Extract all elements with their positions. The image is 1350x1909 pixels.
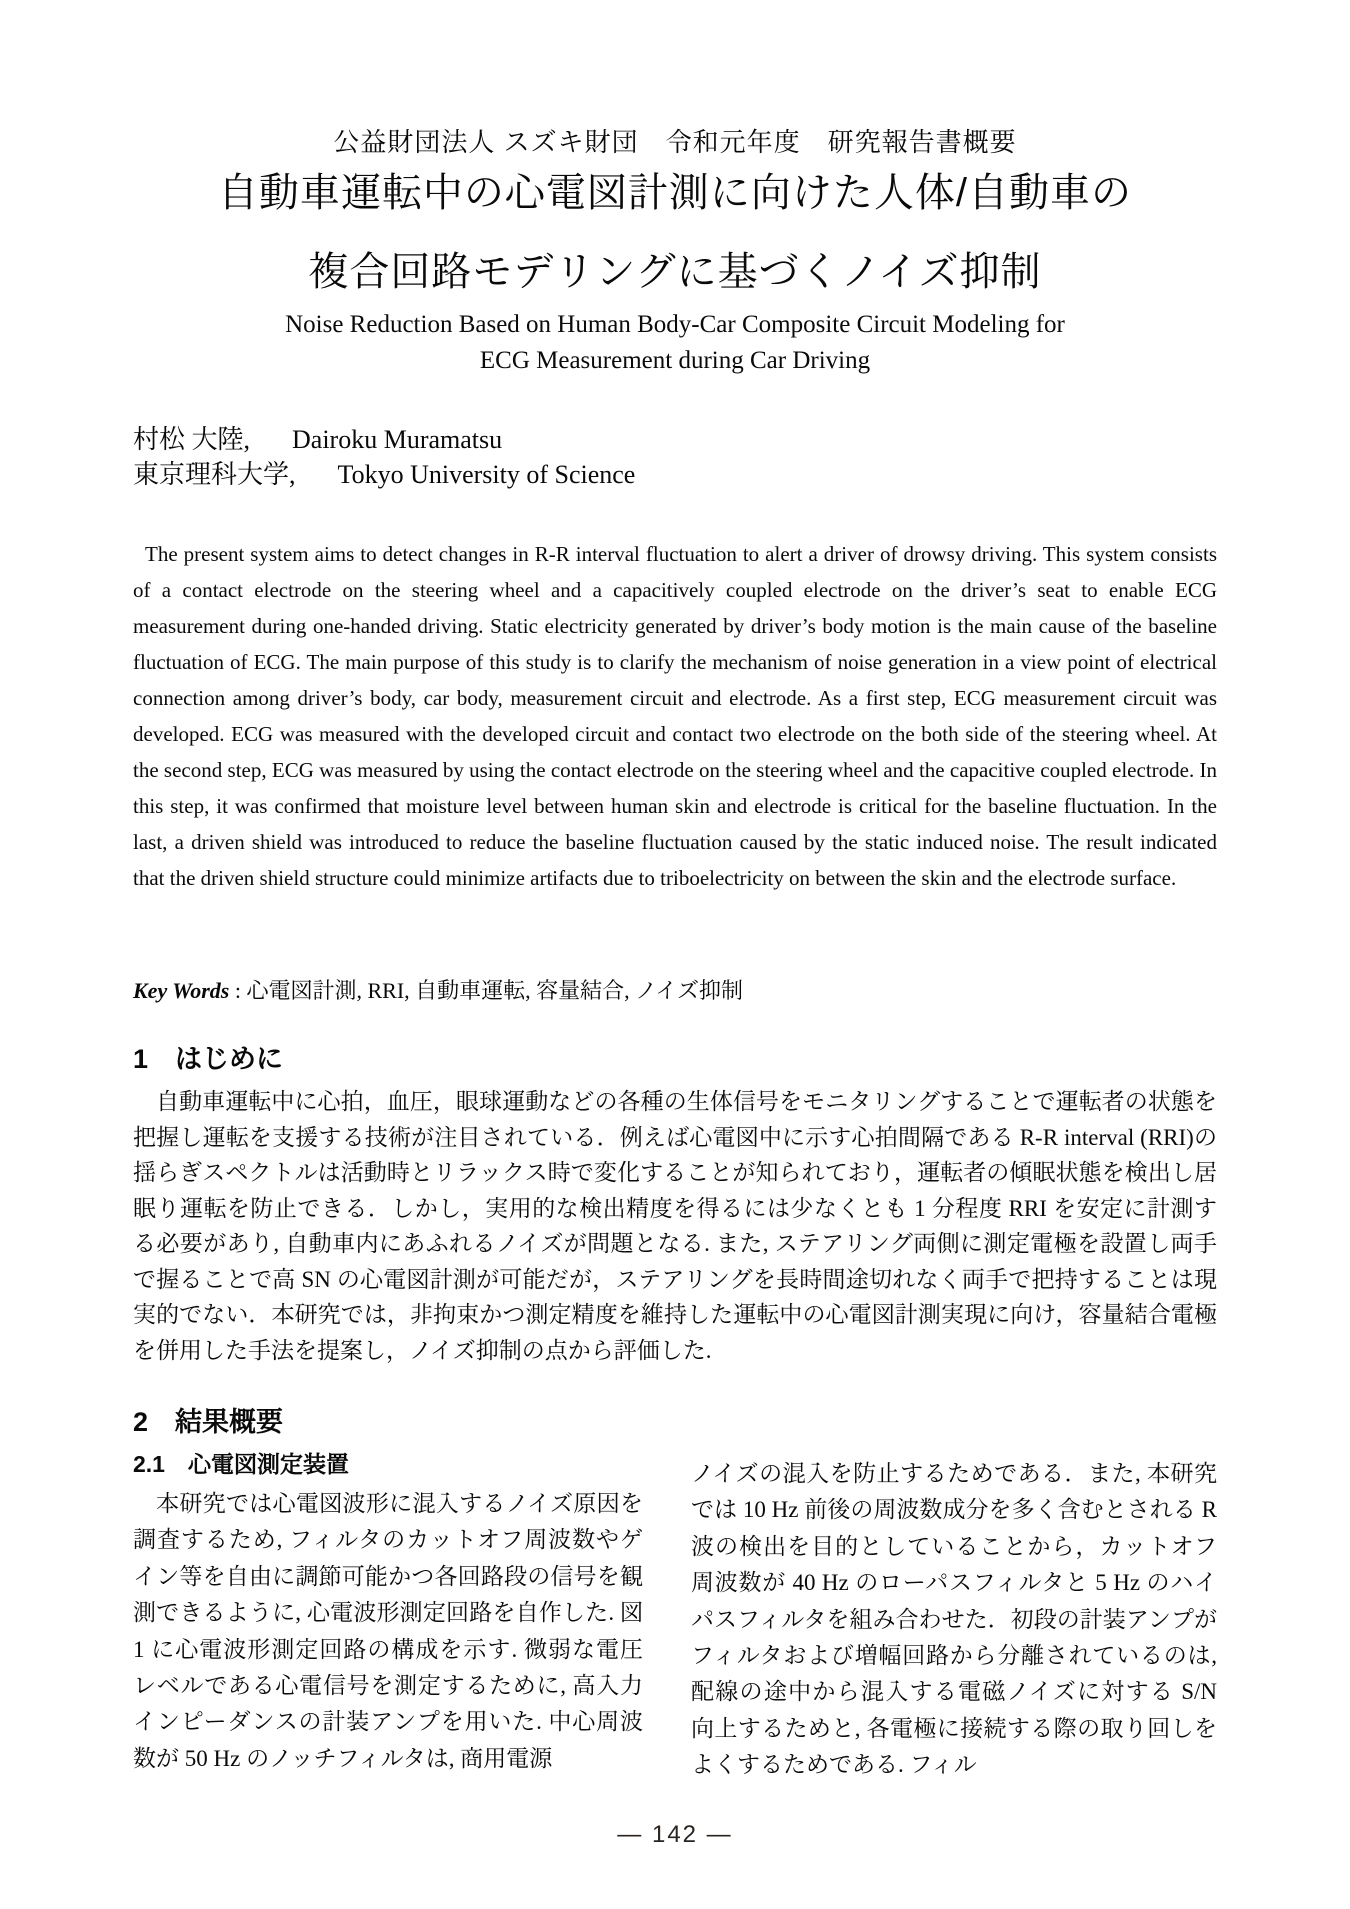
abstract-paragraph: The present system aims to detect change… (133, 536, 1217, 896)
authors-block: 村松 大陸,Dairoku Muramatsu 東京理科大学,Tokyo Uni… (133, 422, 1217, 492)
left-column-paragraph: 本研究では心電図波形に混入するノイズ原因を調査するため, フィルタのカットオフ周… (133, 1486, 643, 1777)
two-column-layout: 2 結果概要 2.1 心電図測定装置 本研究では心電図波形に混入するノイズ原因を… (133, 1404, 1217, 1784)
right-column-paragraph: ノイズの混入を防止するためである．また, 本研究では 10 Hz 前後の周波数成… (691, 1456, 1217, 1784)
left-column: 2 結果概要 2.1 心電図測定装置 本研究では心電図波形に混入するノイズ原因を… (133, 1404, 643, 1784)
right-column: ノイズの混入を防止するためである．また, 本研究では 10 Hz 前後の周波数成… (691, 1404, 1217, 1784)
keywords-label: Key Words (133, 978, 229, 1003)
keywords-separator: : (229, 978, 246, 1003)
section-2-1-heading: 2.1 心電図測定装置 (133, 1448, 643, 1480)
author-name-en: Dairoku Muramatsu (292, 425, 502, 454)
paper-title-en-line2: ECG Measurement during Car Driving (0, 346, 1350, 376)
section-1-heading: 1 はじめに (133, 1042, 283, 1076)
page-number: — 142 — (0, 1820, 1350, 1850)
author-line: 村松 大陸,Dairoku Muramatsu (133, 422, 1217, 457)
paper-title-jp-line2: 複合回路モデリングに基づくノイズ抑制 (0, 249, 1350, 296)
paper-title-en-line1: Noise Reduction Based on Human Body-Car … (0, 310, 1350, 340)
keywords-line: Key Words : 心電図計測, RRI, 自動車運転, 容量結合, ノイズ… (133, 976, 1217, 1006)
report-series-line: 公益財団法人 スズキ財団 令和元年度 研究報告書概要 (0, 126, 1350, 158)
section-2-heading: 2 結果概要 (133, 1404, 643, 1440)
affiliation-line: 東京理科大学,Tokyo University of Science (133, 457, 1217, 492)
paper-title-jp-line1: 自動車運転中の心電図計測に向けた人体/自動車の (0, 170, 1350, 217)
affiliation-jp: 東京理科大学, (133, 460, 296, 489)
author-name-jp: 村松 大陸, (133, 425, 250, 454)
section-1-paragraph: 自動車運転中に心拍，血圧，眼球運動などの各種の生体信号をモニタリングすることで運… (133, 1084, 1217, 1368)
affiliation-en: Tokyo University of Science (338, 460, 636, 489)
paper-page: 公益財団法人 スズキ財団 令和元年度 研究報告書概要 自動車運転中の心電図計測に… (0, 0, 1350, 1909)
keywords-terms: 心電図計測, RRI, 自動車運転, 容量結合, ノイズ抑制 (246, 978, 742, 1003)
